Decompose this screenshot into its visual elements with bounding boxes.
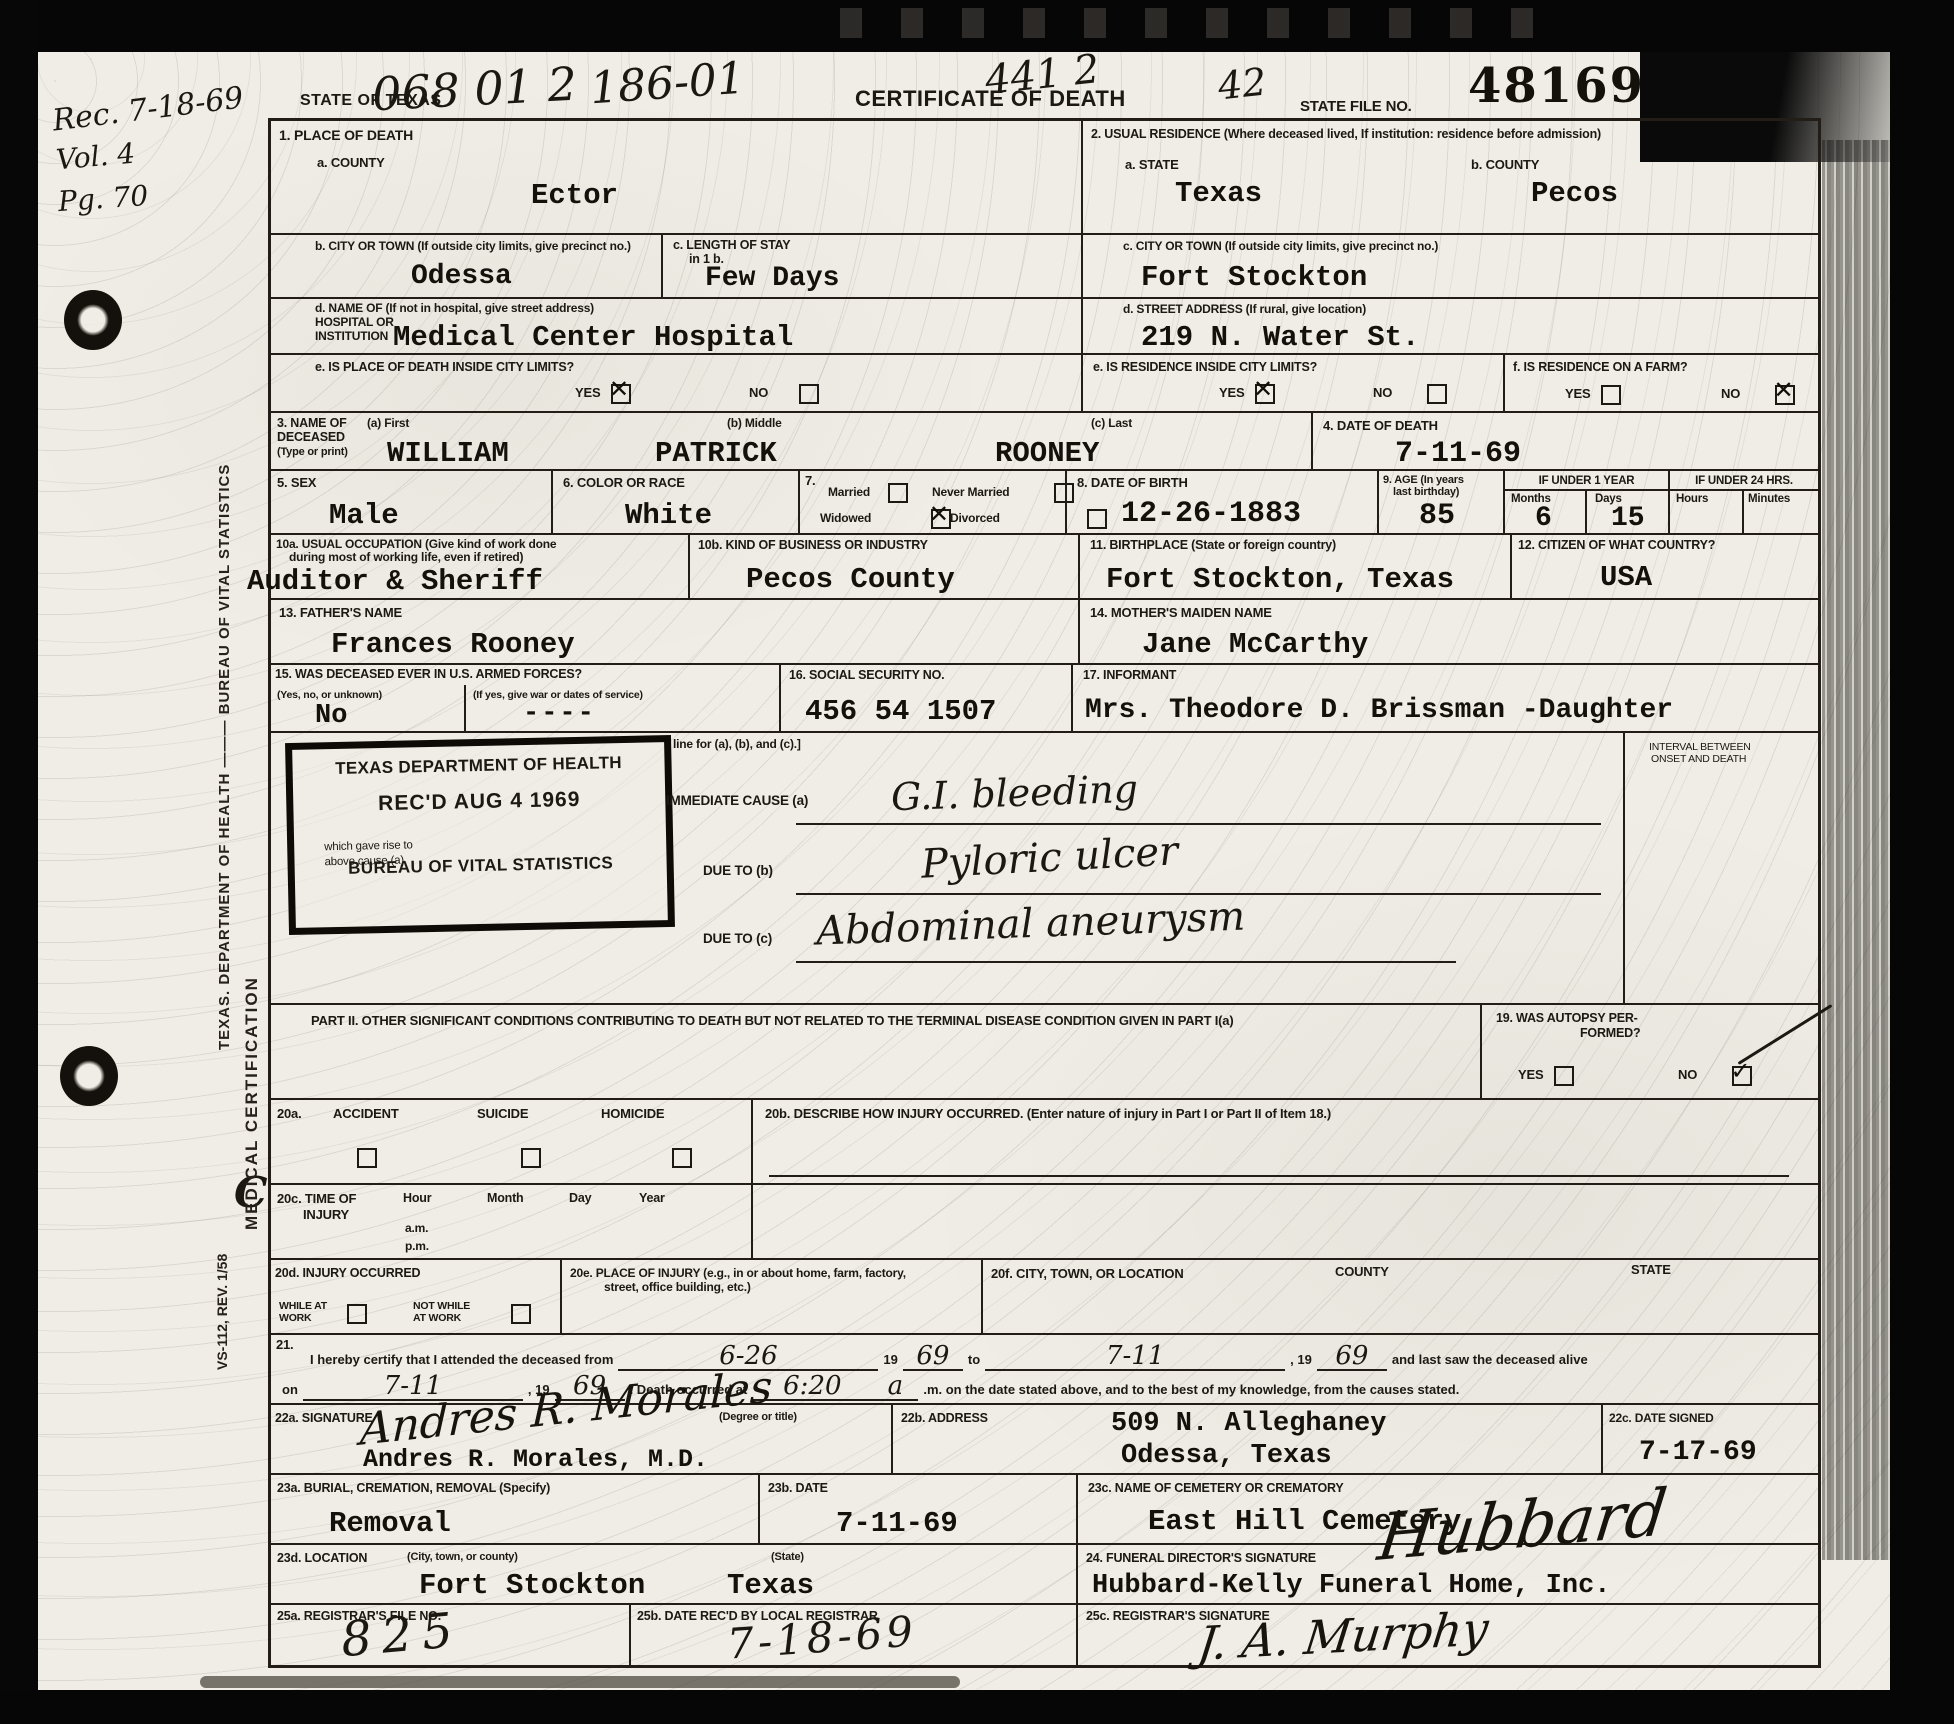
field-8-label: 8. DATE OF BIRTH (1077, 475, 1188, 490)
field-20e-label2: street, office building, etc.) (604, 1280, 751, 1294)
field-14-value: Jane McCarthy (1142, 628, 1368, 661)
field-1b-value: Odessa (411, 261, 512, 292)
row-20a-20b: 20a. ACCIDENT SUICIDE HOMICIDE 20b. DESC… (271, 1098, 1818, 1183)
under-24-hrs-header: IF UNDER 24 HRS. (1670, 471, 1818, 491)
field-23d: 23d. LOCATION (City, town, or county) (S… (271, 1545, 1076, 1603)
field-10b-label: 10b. KIND OF BUSINESS OR INDUSTRY (698, 538, 928, 552)
immediate-cause-label: IMMEDIATE CAUSE (a) (666, 793, 808, 808)
field-15-divider (464, 685, 466, 731)
certify-t2: 19 (883, 1352, 897, 1367)
field-3-middle-value: PATRICK (655, 437, 777, 470)
county-header: COUNTY (1335, 1264, 1389, 1279)
x-mark: ✕ (929, 502, 949, 526)
certify-v7: 6:20 (783, 1371, 841, 1401)
margin-note-line3: Pg. 70 (57, 179, 149, 218)
field-20b-blank-line (769, 1174, 1789, 1177)
scan-top-noise (840, 8, 1540, 38)
field-1e-no-label: NO (749, 385, 768, 400)
field-11: 11. BIRTHPLACE (State or foreign country… (1078, 535, 1510, 598)
field-21-num: 21. (276, 1337, 293, 1352)
field-2d-label: d. STREET ADDRESS (If rural, give locati… (1123, 302, 1366, 316)
field-10b-value: Pecos County (746, 563, 955, 596)
certify-blank3: 7-11 (985, 1347, 1285, 1371)
field-20e: 20e. PLACE OF INJURY (e.g., in or about … (560, 1260, 981, 1333)
certify-v8: a (888, 1371, 904, 1401)
homicide-label: HOMICIDE (601, 1106, 664, 1121)
field-9-hours: Hours (1670, 491, 1742, 533)
field-20c-label1: 20c. TIME OF (277, 1191, 356, 1206)
field-1a: 1. PLACE OF DEATH a. COUNTY Ector (271, 121, 1081, 233)
row-place-residence: 1. PLACE OF DEATH a. COUNTY Ector b. CIT… (271, 121, 1818, 411)
days-value: 15 (1611, 503, 1645, 534)
header-hw-code-a: 068 01 2 (371, 57, 578, 122)
certify-t9: .m. on the date stated above, and to the… (923, 1382, 1459, 1397)
field-11-value: Fort Stockton, Texas (1106, 563, 1454, 596)
field-2f-yes-label: YES (1565, 386, 1590, 401)
field-19: 19. WAS AUTOPSY PER- FORMED? YES NO ✓ (1480, 1005, 1818, 1098)
header-hw-code-b: 186-01 (588, 53, 746, 115)
year-label: Year (639, 1191, 665, 1205)
field-2b-value: Pecos (1531, 177, 1618, 210)
minutes-label: Minutes (1748, 493, 1790, 505)
field-1e: e. IS PLACE OF DEATH INSIDE CITY LIMITS?… (271, 353, 1081, 411)
hole-punch-top (64, 290, 122, 350)
field-6: 6. COLOR OR RACE White (551, 471, 798, 533)
physician-signature-typed: Andres R. Morales, M.D. (363, 1445, 708, 1474)
field-1e-label: e. IS PLACE OF DEATH INSIDE CITY LIMITS? (315, 360, 574, 374)
immediate-cause-value: G.I. bleeding (890, 767, 1138, 820)
field-1d-label3: INSTITUTION (315, 329, 388, 343)
scan-left-band (0, 0, 38, 1724)
hole-punch-bottom (60, 1046, 118, 1106)
field-9-minutes: Minutes (1742, 491, 1818, 533)
field-2e-label: e. IS RESIDENCE INSIDE CITY LIMITS? (1093, 360, 1317, 374)
field-9-under-1-year: IF UNDER 1 YEAR Months 6 Days 15 (1503, 471, 1668, 533)
field-1d-value: Medical Center Hospital (393, 321, 793, 354)
field-part2: PART II. OTHER SIGNIFICANT CONDITIONS CO… (271, 1005, 1480, 1098)
row-part2-autopsy: PART II. OTHER SIGNIFICANT CONDITIONS CO… (271, 1003, 1818, 1098)
field-22b-line1: 509 N. Alleghaney (1111, 1409, 1386, 1439)
field-17: 17. INFORMANT Mrs. Theodore D. Brissman … (1071, 665, 1818, 731)
hours-label: Hours (1676, 493, 1708, 505)
field-23a-value: Removal (329, 1507, 451, 1540)
row-20c: 20c. TIME OF INJURY Hour a.m. p.m. Month… (271, 1183, 1818, 1258)
file-no-label: STATE FILE NO. (1300, 98, 1412, 115)
field-23d-sub2: (State) (771, 1551, 804, 1563)
field-1d-label2: HOSPITAL OR (315, 315, 394, 329)
field-10a: 10a. USUAL OCCUPATION (Give kind of work… (271, 535, 688, 598)
row-forces-ssn-informant: 15. WAS DECEASED EVER IN U.S. ARMED FORC… (271, 663, 1818, 731)
certify-t5: and last saw the deceased alive (1392, 1352, 1588, 1367)
state-header: STATE (1631, 1262, 1671, 1277)
field-18-fragment: line for (a), (b), and (c).] (673, 737, 801, 751)
field-6-value: White (625, 499, 712, 532)
field-10b: 10b. KIND OF BUSINESS OR INDUSTRY Pecos … (688, 535, 1078, 598)
field-22a: 22a. SIGNATURE (Degree or title) Andres … (271, 1405, 891, 1473)
field-1a-value: Ector (531, 179, 618, 212)
field-22c-label: 22c. DATE SIGNED (1609, 1411, 1714, 1425)
field-1e-yes-checkbox: ✕ (611, 384, 631, 404)
not-while-label2: AT WORK (413, 1312, 461, 1324)
field-15-value2: ---- (523, 699, 596, 729)
part2-label: PART II. OTHER SIGNIFICANT CONDITIONS CO… (311, 1013, 1233, 1028)
field-2f: f. IS RESIDENCE ON A FARM? YES NO ✕ (1503, 355, 1818, 411)
field-2e-2f: e. IS RESIDENCE INSIDE CITY LIMITS? YES … (1083, 353, 1818, 411)
field-3-last-label: (c) Last (1091, 416, 1132, 430)
field-6-label: 6. COLOR OR RACE (563, 475, 685, 490)
field-22c-value: 7-17-69 (1639, 1437, 1757, 1468)
homicide-checkbox (672, 1148, 692, 1168)
field-14-label: 14. MOTHER'S MAIDEN NAME (1090, 605, 1272, 620)
field-22a-label: 22a. SIGNATURE (275, 1411, 373, 1425)
field-7-divorced-label: Divorced (950, 511, 1000, 525)
field-23d-value2: Texas (727, 1569, 814, 1602)
field-23d-label: 23d. LOCATION (277, 1551, 367, 1565)
field-20f: 20f. CITY, TOWN, OR LOCATION COUNTY STAT… (981, 1260, 1818, 1333)
field-1c: c. LENGTH OF STAY in 1 b. Few Days (661, 235, 1081, 297)
field-3-first-value: WILLIAM (387, 437, 509, 470)
field-17-value: Mrs. Theodore D. Brissman -Daughter (1085, 695, 1673, 726)
field-7-never-label: Never Married (932, 485, 1009, 499)
side-text-bureau: TEXAS. DEPARTMENT OF HEALTH ——— BUREAU O… (216, 170, 233, 1050)
field-5-value: Male (329, 499, 399, 532)
stamp-printed-fragment1: which gave rise to (324, 839, 413, 853)
field-24: 24. FUNERAL DIRECTOR'S SIGNATURE Hubbard… (1076, 1545, 1818, 1603)
field-2e-no-checkbox (1427, 384, 1447, 404)
field-7-married-label: Married (828, 485, 870, 499)
am-label: a.m. (405, 1221, 428, 1235)
field-19-yes-label: YES (1518, 1067, 1543, 1082)
field-20e-label1: 20e. PLACE OF INJURY (e.g., in or about … (570, 1266, 906, 1280)
interval-column: INTERVAL BETWEEN ONSET AND DEATH (1623, 733, 1818, 1003)
field-2a-label: a. STATE (1125, 157, 1179, 172)
field-1a-label: a. COUNTY (317, 155, 385, 170)
field-2c-label: c. CITY OR TOWN (If outside city limits,… (1123, 239, 1438, 253)
pm-label: p.m. (405, 1239, 429, 1253)
field-1c-value: Few Days (705, 263, 839, 294)
field-23a-label: 23a. BURIAL, CREMATION, REMOVAL (Specify… (277, 1481, 550, 1495)
received-stamp: TEXAS DEPARTMENT OF HEALTH REC'D AUG 4 1… (285, 735, 675, 935)
field-9-label2: last birthday) (1393, 486, 1459, 498)
field-10a-label2: during most of working life, even if ret… (289, 550, 523, 564)
certify-t1: I hereby certify that I attended the dec… (310, 1352, 613, 1367)
while-at-work-label1: WHILE AT (279, 1300, 327, 1312)
field-25a: 25a. REGISTRAR'S FILE NO. 825 (271, 1605, 629, 1665)
field-23d-sub1: (City, town, or county) (407, 1551, 518, 1563)
x-mark: ✕ (1773, 378, 1793, 402)
day-label: Day (569, 1191, 591, 1205)
field-3-middle-label: (b) Middle (727, 416, 782, 430)
field-4: 4. DATE OF DEATH 7-11-69 (1311, 413, 1818, 469)
certify-blank2: 69 (903, 1347, 963, 1371)
under-24-hrs-label: IF UNDER 24 HRS. (1695, 475, 1793, 487)
field-2e-yes-label: YES (1219, 385, 1244, 400)
place-of-death-title: 1. PLACE OF DEATH (279, 127, 413, 143)
section-usual-residence: 2. USUAL RESIDENCE (Where deceased lived… (1081, 121, 1818, 411)
field-1b-label: b. CITY OR TOWN (If outside city limits,… (315, 239, 631, 253)
field-20a: 20a. ACCIDENT SUICIDE HOMICIDE (271, 1100, 751, 1183)
field-10a-label1: 10a. USUAL OCCUPATION (Give kind of work… (276, 537, 556, 551)
certify-blank8: a (872, 1377, 918, 1401)
field-2ab: 2. USUAL RESIDENCE (Where deceased lived… (1083, 121, 1818, 233)
field-9-value: 85 (1419, 499, 1455, 533)
interval-label2: ONSET AND DEATH (1651, 753, 1746, 765)
field-4-label: 4. DATE OF DEATH (1323, 418, 1438, 433)
field-7-label: 7. (805, 473, 815, 488)
certify-t4: , 19 (1290, 1352, 1312, 1367)
field-1d-label1: d. NAME OF (If not in hospital, give str… (315, 301, 594, 315)
field-7-widowed-label: Widowed (820, 511, 871, 525)
usual-residence-title: 2. USUAL RESIDENCE (Where deceased lived… (1091, 127, 1601, 141)
field-12: 12. CITIZEN OF WHAT COUNTRY? USA (1510, 535, 1818, 598)
field-25a-value: 825 (339, 1602, 465, 1668)
field-25c: 25c. REGISTRAR'S SIGNATURE J. A. Murphy (1076, 1605, 1818, 1665)
certify-v4: 69 (1335, 1341, 1368, 1371)
field-1e-yes-label: YES (575, 385, 600, 400)
suicide-label: SUICIDE (477, 1106, 528, 1121)
field-10a-value: Auditor & Sheriff (247, 565, 543, 598)
field-1b-1c: b. CITY OR TOWN (If outside city limits,… (271, 233, 1081, 297)
field-23b-label: 23b. DATE (768, 1481, 828, 1495)
field-14: 14. MOTHER'S MAIDEN NAME Jane McCarthy (1078, 600, 1818, 663)
due-to-c-label: DUE TO (c) (703, 931, 772, 946)
field-7-marital: 7. Married Never Married Widowed ✕ Divor… (798, 471, 1065, 533)
row-cause-of-death: line for (a), (b), and (c).] TEXAS DEPAR… (271, 731, 1818, 1003)
field-19-label2: FORMED? (1580, 1026, 1640, 1040)
field-20c: 20c. TIME OF INJURY Hour a.m. p.m. Month… (271, 1185, 751, 1258)
month-label: Month (487, 1191, 523, 1205)
field-1e-no-checkbox (799, 384, 819, 404)
field-4-value: 7-11-69 (1395, 437, 1521, 471)
field-2f-no-label: NO (1721, 386, 1740, 401)
section-place-of-death: 1. PLACE OF DEATH a. COUNTY Ector b. CIT… (271, 121, 1081, 411)
field-1c-label1: c. LENGTH OF STAY (673, 238, 790, 252)
field-20c-label2: INJURY (303, 1207, 349, 1222)
under-1-year-header: IF UNDER 1 YEAR (1505, 471, 1668, 491)
field-15-label: 15. WAS DECEASED EVER IN U.S. ARMED FORC… (275, 667, 582, 681)
field-2e-yes-checkbox: ✕ (1255, 384, 1275, 404)
field-22b: 22b. ADDRESS 509 N. Alleghaney Odessa, T… (891, 1405, 1601, 1473)
field-16-label: 16. SOCIAL SECURITY NO. (789, 668, 944, 682)
field-23b-value: 7-11-69 (836, 1507, 958, 1540)
field-2f-yes-checkbox (1601, 385, 1621, 405)
field-7-married-checkbox (888, 483, 908, 503)
under-1-year-label: IF UNDER 1 YEAR (1539, 475, 1635, 487)
field-16-value: 456 54 1507 (805, 695, 996, 728)
field-13-label: 13. FATHER'S NAME (279, 605, 402, 620)
pen-stroke (1738, 1004, 1833, 1065)
certify-t3: to (968, 1352, 980, 1367)
certify-v2: 69 (916, 1341, 949, 1371)
field-5: 5. SEX Male (271, 471, 551, 533)
field-3: 3. NAME OF DECEASED (Type or print) (a) … (271, 413, 1311, 469)
scan-bottom-band (0, 1690, 1954, 1724)
row-occupation: 10a. USUAL OCCUPATION (Give kind of work… (271, 533, 1818, 598)
field-20d: 20d. INJURY OCCURRED WHILE AT WORK NOT W… (271, 1260, 560, 1333)
scan-bottom-smear (200, 1676, 960, 1688)
field-22c: 22c. DATE SIGNED 7-17-69 (1601, 1405, 1818, 1473)
field-19-no-label: NO (1678, 1067, 1697, 1082)
stamp-printed-fragment2: above cause (a). (324, 855, 407, 869)
row-20def: 20d. INJURY OCCURRED WHILE AT WORK NOT W… (271, 1258, 1818, 1333)
field-20f-label: 20f. CITY, TOWN, OR LOCATION (991, 1266, 1184, 1281)
field-7-widowed-checkbox: ✕ (931, 509, 951, 529)
field-2d-value: 219 N. Water St. (1141, 321, 1419, 354)
due-to-b-label: DUE TO (b) (703, 863, 773, 878)
funeral-home-typed: Hubbard-Kelly Funeral Home, Inc. (1092, 1571, 1610, 1601)
interval-label1: INTERVAL BETWEEN (1649, 741, 1751, 753)
field-3-first-label: (a) First (367, 416, 409, 430)
field-12-value: USA (1600, 561, 1652, 594)
field-2d: d. STREET ADDRESS (If rural, give locati… (1083, 297, 1818, 353)
certify-t6: on (282, 1382, 298, 1397)
form-code: VS-112, REV. 1/58 (214, 1150, 230, 1370)
field-24-label: 24. FUNERAL DIRECTOR'S SIGNATURE (1086, 1551, 1316, 1565)
hour-label: Hour (403, 1191, 431, 1205)
scanned-death-certificate: Rec. 7-18-69 Vol. 4 Pg. 70 C TEXAS. DEPA… (0, 0, 1954, 1724)
stamp-line1: TEXAS DEPARTMENT OF HEALTH (292, 752, 664, 780)
field-17-label: 17. INFORMANT (1083, 668, 1176, 682)
side-text-medical: MEDICAL CERTIFICATION (242, 800, 262, 1230)
field-11-label: 11. BIRTHPLACE (State or foreign country… (1090, 538, 1336, 552)
field-25b: 25b. DATE REC'D BY LOCAL REGISTRAR 7-18-… (629, 1605, 1076, 1665)
certificate-form: 1. PLACE OF DEATH a. COUNTY Ector b. CIT… (268, 118, 1821, 1668)
field-2e-no-label: NO (1373, 385, 1392, 400)
field-3-title3: (Type or print) (277, 446, 348, 458)
field-13: 13. FATHER'S NAME Frances Rooney (271, 600, 1078, 663)
row-parents: 13. FATHER'S NAME Frances Rooney 14. MOT… (271, 598, 1818, 663)
header-hw-note-b: 42 (1216, 60, 1269, 109)
field-23b: 23b. DATE 7-11-69 (758, 1475, 1076, 1543)
field-19-no-checkbox: ✓ (1732, 1066, 1752, 1086)
x-mark: ✕ (1253, 377, 1273, 401)
field-9: 9. AGE (In years last birthday) 85 (1377, 471, 1503, 533)
certify-v3: 7-11 (1106, 1341, 1164, 1371)
scan-right-band (1890, 0, 1954, 1724)
field-15: 15. WAS DECEASED EVER IN U.S. ARMED FORC… (271, 665, 779, 731)
field-9-label1: 9. AGE (In years (1383, 474, 1464, 486)
due-to-b-line (796, 853, 1601, 895)
row-22: 22a. SIGNATURE (Degree or title) Andres … (271, 1403, 1818, 1473)
field-3-title2: DECEASED (277, 430, 345, 444)
suicide-checkbox (521, 1148, 541, 1168)
field-15-value: No (315, 701, 347, 731)
stamp-line2: REC'D AUG 4 1969 (293, 786, 665, 818)
row-23d-24: 23d. LOCATION (City, town, or county) (S… (271, 1543, 1818, 1603)
x-mark: ✕ (609, 377, 629, 401)
field-9-days: Days 15 (1585, 491, 1668, 533)
field-2f-no-checkbox: ✕ (1775, 385, 1795, 405)
while-at-work-checkbox (347, 1304, 367, 1324)
field-15-sub1: (Yes, no, or unknown) (277, 689, 382, 701)
field-9-months: Months 6 (1505, 491, 1585, 533)
field-9-under-24-hrs: IF UNDER 24 HRS. Hours Minutes (1668, 471, 1818, 533)
field-8-value: 12-26-1883 (1121, 497, 1301, 531)
field-22b-label: 22b. ADDRESS (901, 1411, 988, 1425)
field-20d-label: 20d. INJURY OCCURRED (275, 1266, 420, 1280)
field-12-label: 12. CITIZEN OF WHAT COUNTRY? (1518, 538, 1715, 552)
not-while-checkbox (511, 1304, 531, 1324)
months-value: 6 (1535, 503, 1552, 534)
field-20a-label: 20a. (277, 1106, 302, 1121)
accident-label: ACCIDENT (333, 1106, 399, 1121)
field-13-value: Frances Rooney (331, 628, 575, 661)
field-2c: c. CITY OR TOWN (If outside city limits,… (1083, 233, 1818, 297)
field-20c-blank-area (751, 1185, 1818, 1258)
field-16: 16. SOCIAL SECURITY NO. 456 54 1507 (779, 665, 1071, 731)
field-19-label1: 19. WAS AUTOPSY PER- (1496, 1011, 1638, 1025)
field-20b: 20b. DESCRIBE HOW INJURY OCCURRED. (Ente… (751, 1100, 1818, 1183)
field-3-last-value: ROONEY (995, 437, 1099, 470)
field-2f-label: f. IS RESIDENCE ON A FARM? (1513, 360, 1687, 374)
row-name: 3. NAME OF DECEASED (Type or print) (a) … (271, 411, 1818, 469)
field-18: line for (a), (b), and (c).] TEXAS DEPAR… (271, 733, 1623, 1003)
field-1d: d. NAME OF (If not in hospital, give str… (271, 297, 1081, 353)
row-sex-race-birth: 5. SEX Male 6. COLOR OR RACE White 7. Ma… (271, 469, 1818, 533)
while-at-work-label2: WORK (279, 1312, 311, 1324)
field-2c-value: Fort Stockton (1141, 261, 1367, 294)
field-3-title1: 3. NAME OF (277, 416, 347, 430)
field-23d-value1: Fort Stockton (419, 1569, 645, 1602)
field-8: 8. DATE OF BIRTH 12-26-1883 (1065, 471, 1377, 533)
field-22b-line2: Odessa, Texas (1121, 1441, 1332, 1471)
margin-note-line2: Vol. 4 (55, 137, 137, 177)
state-file-number: 48169 (1468, 58, 1645, 114)
field-5-label: 5. SEX (277, 475, 316, 490)
certify-line1: I hereby certify that I attended the dec… (305, 1347, 1806, 1371)
accident-checkbox (357, 1148, 377, 1168)
field-2a-value: Texas (1175, 177, 1262, 210)
row-25: 25a. REGISTRAR'S FILE NO. 825 25b. DATE … (271, 1603, 1818, 1665)
scan-gutter-noise (1822, 140, 1890, 1560)
field-2b-label: b. COUNTY (1471, 157, 1539, 172)
field-2e: e. IS RESIDENCE INSIDE CITY LIMITS? YES … (1083, 355, 1503, 411)
not-while-label1: NOT WHILE (413, 1300, 470, 1312)
field-19-yes-checkbox (1554, 1066, 1574, 1086)
certify-blank4: 69 (1317, 1347, 1387, 1371)
field-23c-label: 23c. NAME OF CEMETERY OR CREMATORY (1088, 1481, 1344, 1495)
field-20b-label: 20b. DESCRIBE HOW INJURY OCCURRED. (Ente… (765, 1106, 1331, 1121)
field-23a: 23a. BURIAL, CREMATION, REMOVAL (Specify… (271, 1475, 758, 1543)
field-1b: b. CITY OR TOWN (If outside city limits,… (271, 235, 661, 297)
